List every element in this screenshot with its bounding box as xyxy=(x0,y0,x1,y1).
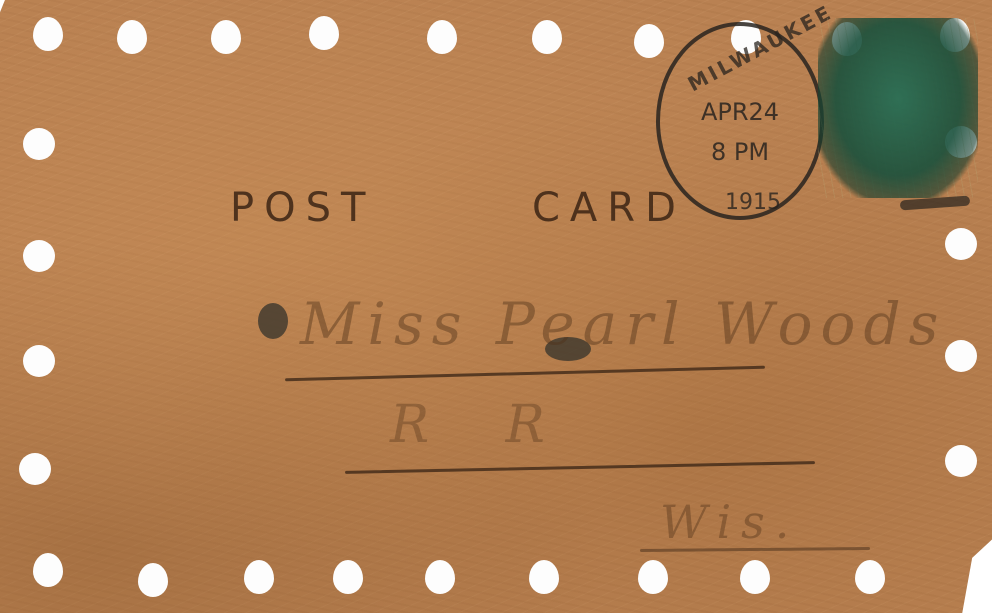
lacing-hole xyxy=(945,445,977,477)
lacing-hole xyxy=(33,17,63,51)
leather-postcard: POST CARD MILWAUKEE APR24 8 PM 1915 Miss… xyxy=(0,0,992,613)
lacing-hole xyxy=(23,345,55,377)
lacing-hole xyxy=(740,560,770,594)
lacing-hole xyxy=(138,563,168,597)
lacing-hole xyxy=(333,560,363,594)
postage-stamp xyxy=(818,18,978,198)
lacing-hole xyxy=(532,20,562,54)
postmark-date: APR24 xyxy=(660,98,820,126)
address-underline xyxy=(345,461,815,474)
lacing-hole xyxy=(244,560,274,594)
lacing-hole xyxy=(117,20,147,54)
lacing-hole xyxy=(211,20,241,54)
lacing-hole xyxy=(425,560,455,594)
lacing-hole xyxy=(23,128,55,160)
lacing-hole xyxy=(19,453,51,485)
address-line-2: R R xyxy=(390,395,575,455)
lacing-hole xyxy=(529,560,559,594)
card-heading: CARD xyxy=(532,185,686,231)
address-line-1: Miss Pearl Woods xyxy=(300,290,946,358)
postmark-city: MILWAUKEE xyxy=(684,0,837,96)
ink-blot xyxy=(258,303,288,339)
lacing-hole xyxy=(33,553,63,587)
lacing-hole xyxy=(309,16,339,50)
postmark-time: 8 PM xyxy=(660,138,820,166)
lacing-hole xyxy=(23,240,55,272)
postmark-year: 1915 xyxy=(725,190,781,215)
address-underline xyxy=(285,366,765,382)
lacing-hole xyxy=(427,20,457,54)
lacing-hole xyxy=(945,228,977,260)
lacing-hole xyxy=(638,560,668,594)
lacing-hole xyxy=(855,560,885,594)
lacing-hole xyxy=(634,24,664,58)
lacing-hole xyxy=(945,340,977,372)
address-line-3: Wis. xyxy=(660,495,799,549)
post-heading: POST xyxy=(230,185,375,231)
